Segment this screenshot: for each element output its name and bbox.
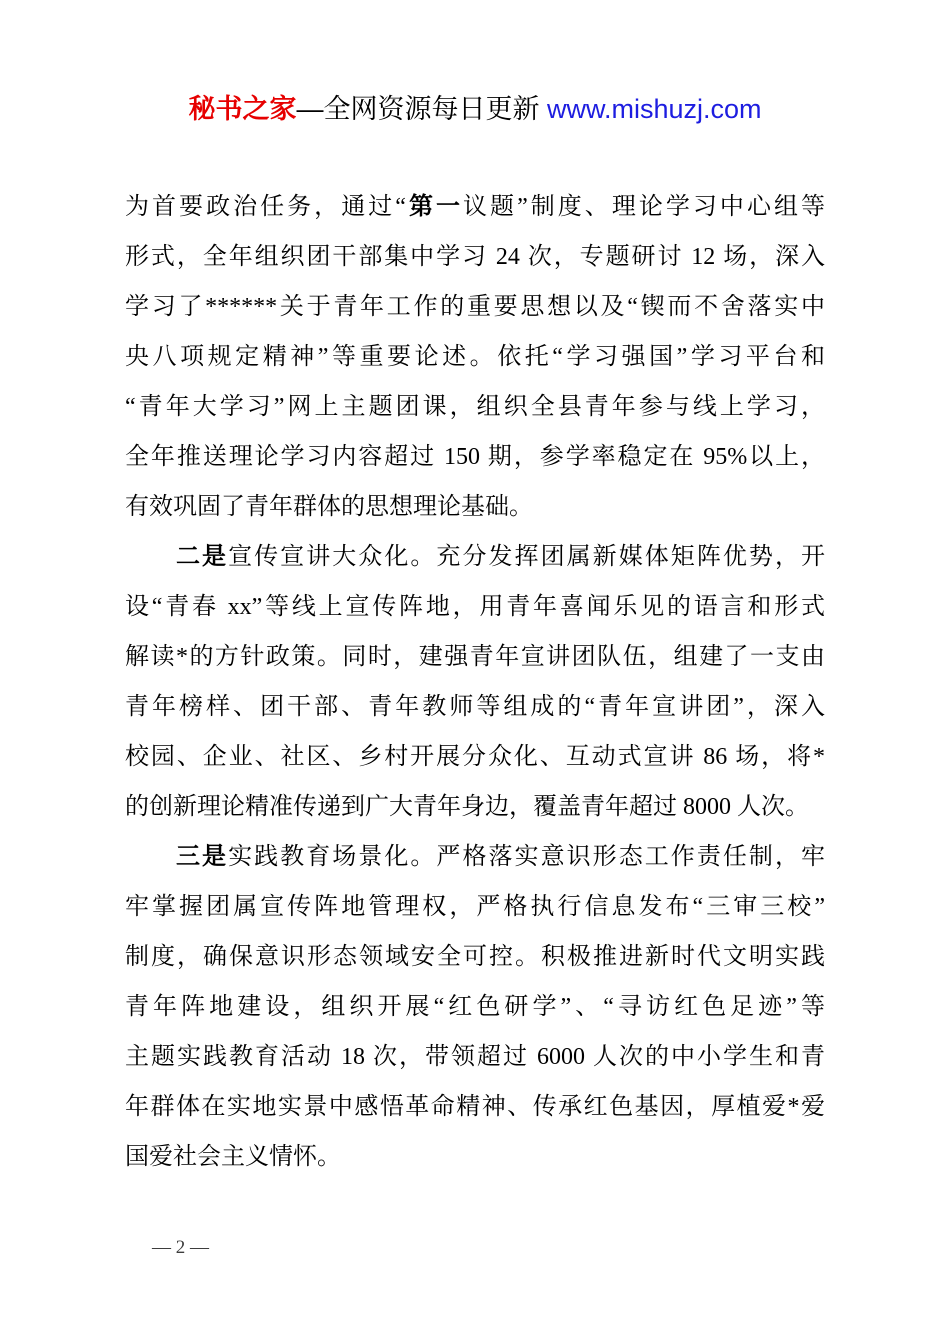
text-line: 为首要政治任务，通过“第一议题”制度、理论学习中心组等 <box>125 182 825 232</box>
document-page: 秘书之家—全网资源每日更新 www.mishuzj.com 为首要政治任务，通过… <box>0 0 950 1344</box>
text-line: 国爱社会主义情怀。 <box>125 1132 825 1182</box>
text-line: 校园、企业、社区、乡村开展分众化、互动式宣讲 86 场，将* <box>125 732 825 782</box>
text-line: 全年推送理论学习内容超过 150 期，参学率稳定在 95%以上， <box>125 432 825 482</box>
document-body: 为首要政治任务，通过“第一议题”制度、理论学习中心组等形式，全年组织团干部集中学… <box>125 182 825 1182</box>
text-line: 三是实践教育场景化。严格落实意识形态工作责任制，牢 <box>125 832 825 882</box>
site-url-link[interactable]: www.mishuzj.com <box>547 94 762 124</box>
text-line: 青年榜样、团干部、青年教师等组成的“青年宣讲团”，深入 <box>125 682 825 732</box>
page-number: — 2 — <box>152 1234 209 1262</box>
text-line: 制度，确保意识形态领域安全可控。积极推进新时代文明实践 <box>125 932 825 982</box>
site-tagline: —全网资源每日更新 <box>296 94 547 124</box>
text-line: 年群体在实地实景中感悟革命精神、传承红色基因，厚植爱*爱 <box>125 1082 825 1132</box>
text-line: 的创新理论精准传递到广大青年身边，覆盖青年超过 8000 人次。 <box>125 782 825 832</box>
text-line: 学习了******关于青年工作的重要思想以及“锲而不舍落实中 <box>125 282 825 332</box>
site-header: 秘书之家—全网资源每日更新 www.mishuzj.com <box>0 90 950 128</box>
text-line: 青年阵地建设，组织开展“红色研学”、“寻访红色足迹”等 <box>125 982 825 1032</box>
text-line: 形式，全年组织团干部集中学习 24 次，专题研讨 12 场，深入 <box>125 232 825 282</box>
text-line: 有效巩固了青年群体的思想理论基础。 <box>125 482 825 532</box>
text-line: 二是宣传宣讲大众化。充分发挥团属新媒体矩阵优势，开 <box>125 532 825 582</box>
site-brand: 秘书之家 <box>188 94 296 124</box>
text-line: 牢掌握团属宣传阵地管理权，严格执行信息发布“三审三校” <box>125 882 825 932</box>
text-line: 央八项规定精神”等重要论述。依托“学习强国”学习平台和 <box>125 332 825 382</box>
text-line: 设“青春 xx”等线上宣传阵地，用青年喜闻乐见的语言和形式 <box>125 582 825 632</box>
text-line: 主题实践教育活动 18 次，带领超过 6000 人次的中小学生和青 <box>125 1032 825 1082</box>
text-line: 解读*的方针政策。同时，建强青年宣讲团队伍，组建了一支由 <box>125 632 825 682</box>
text-line: “青年大学习”网上主题团课，组织全县青年参与线上学习， <box>125 382 825 432</box>
